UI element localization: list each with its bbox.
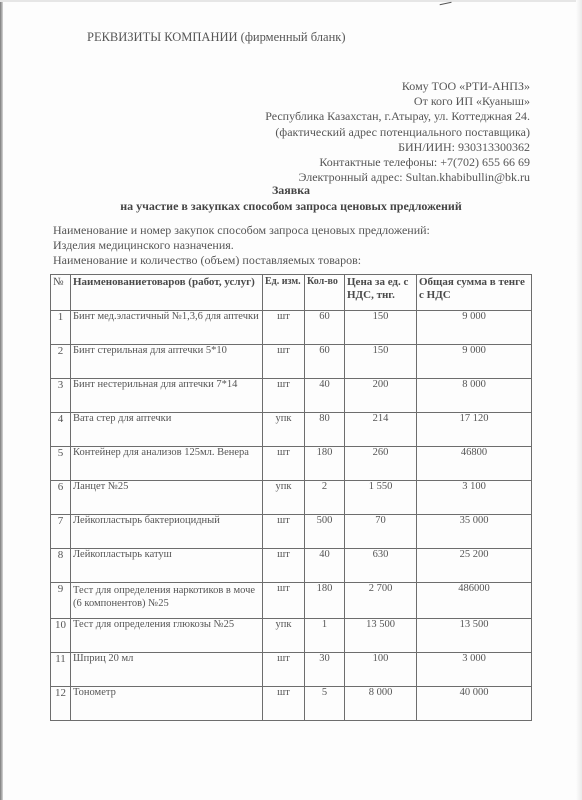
item-name: Шприц 20 мл <box>71 653 263 687</box>
header-name: Наименованиетоваров (работ, услуг) <box>71 275 263 311</box>
phone-line: Контактные телефоны: +7(702) 655 66 69 <box>265 155 530 170</box>
item-unit: упк <box>263 481 305 515</box>
item-price: 2 700 <box>345 583 417 619</box>
scan-left-edge <box>0 0 3 800</box>
item-total: 3 100 <box>417 481 532 515</box>
item-qty: 5 <box>305 687 345 721</box>
item-total: 8 000 <box>417 379 532 413</box>
header-unit: Ед. изм. <box>263 275 305 311</box>
header-price: Цена за ед. с НДС, тнг. <box>345 275 417 311</box>
item-name: Лейкопластырь бактериоцидный <box>71 515 263 549</box>
row-number: 4 <box>51 413 71 447</box>
item-price: 214 <box>345 413 417 447</box>
item-unit: шт <box>263 583 305 619</box>
row-number: 6 <box>51 481 71 515</box>
table-row: 3Бинт нестерильная для аптечки 7*14шт402… <box>51 379 532 413</box>
item-total: 9 000 <box>417 311 532 345</box>
item-qty: 500 <box>305 515 345 549</box>
pen-mark <box>440 2 453 9</box>
table-row: 7Лейкопластырь бактериоцидныйшт5007035 0… <box>51 515 532 549</box>
item-total: 3 000 <box>417 653 532 687</box>
scan-top-edge <box>0 0 582 2</box>
scan-right-edge <box>576 0 582 800</box>
table-row: 1Бинт мед.эластичный №1,3,6 для аптечкиш… <box>51 311 532 345</box>
item-unit: шт <box>263 447 305 481</box>
item-qty: 180 <box>305 447 345 481</box>
item-total: 9 000 <box>417 345 532 379</box>
table-row: 4Вата стер для аптечкиупк8021417 120 <box>51 413 532 447</box>
row-number: 10 <box>51 619 71 653</box>
item-price: 150 <box>345 311 417 345</box>
item-unit: шт <box>263 345 305 379</box>
item-name: Контейнер для анализов 125мл. Венера <box>71 447 263 481</box>
table-row: 8Лейкопластырь катушшт4063025 200 <box>51 549 532 583</box>
address-note-line: (фактический адрес потенциального постав… <box>265 125 530 140</box>
item-qty: 1 <box>305 619 345 653</box>
item-unit: шт <box>263 379 305 413</box>
item-name: Тест для определения наркотиков в моче (… <box>71 583 263 619</box>
item-price: 13 500 <box>345 619 417 653</box>
item-qty: 2 <box>305 481 345 515</box>
letterhead: РЕКВИЗИТЫ КОМПАНИИ (фирменный бланк) <box>87 30 346 45</box>
row-number: 9 <box>51 583 71 619</box>
item-qty: 60 <box>305 311 345 345</box>
table-row: 5Контейнер для анализов 125мл. Венерашт1… <box>51 447 532 481</box>
bin-line: БИН/ИИН: 930313300362 <box>265 140 530 155</box>
item-unit: шт <box>263 515 305 549</box>
item-price: 70 <box>345 515 417 549</box>
item-qty: 40 <box>305 549 345 583</box>
item-total: 17 120 <box>417 413 532 447</box>
address-line: Республика Казахстан, г.Атырау, ул. Котт… <box>265 109 530 124</box>
header-total: Общая сумма в тенге с НДС <box>417 275 532 311</box>
item-unit: шт <box>263 549 305 583</box>
intro-text: Наименование и номер закупок способом за… <box>53 223 430 268</box>
item-name: Тест для определения глюкозы №25 <box>71 619 263 653</box>
row-number: 2 <box>51 345 71 379</box>
item-name: Лейкопластырь катуш <box>71 549 263 583</box>
item-total: 486000 <box>417 583 532 619</box>
item-unit: упк <box>263 619 305 653</box>
table-row: 11Шприц 20 млшт301003 000 <box>51 653 532 687</box>
table-row: 2Бинт стерильная для аптечки 5*10шт60150… <box>51 345 532 379</box>
item-name: Вата стер для аптечки <box>71 413 263 447</box>
item-qty: 60 <box>305 345 345 379</box>
table-row: 10Тест для определения глюкозы №25упк113… <box>51 619 532 653</box>
item-price: 200 <box>345 379 417 413</box>
document-subtitle: на участие в закупках способом запроса ц… <box>0 199 582 214</box>
table-row: 6Ланцет №25упк21 5503 100 <box>51 481 532 515</box>
row-number: 12 <box>51 687 71 721</box>
row-number: 7 <box>51 515 71 549</box>
item-price: 630 <box>345 549 417 583</box>
row-number: 3 <box>51 379 71 413</box>
item-price: 100 <box>345 653 417 687</box>
header-qty: Кол-во <box>305 275 345 311</box>
table-row: 9Тест для определения наркотиков в моче … <box>51 583 532 619</box>
row-number: 1 <box>51 311 71 345</box>
item-qty: 40 <box>305 379 345 413</box>
row-number: 11 <box>51 653 71 687</box>
row-number: 8 <box>51 549 71 583</box>
header-number: № <box>51 275 71 311</box>
item-price: 8 000 <box>345 687 417 721</box>
document-title: Заявка <box>0 183 582 198</box>
intro-line-1: Наименование и номер закупок способом за… <box>53 223 430 238</box>
item-unit: шт <box>263 687 305 721</box>
item-name: Бинт нестерильная для аптечки 7*14 <box>71 379 263 413</box>
item-price: 150 <box>345 345 417 379</box>
table-header-row: № Наименованиетоваров (работ, услуг) Ед.… <box>51 275 532 311</box>
item-qty: 180 <box>305 583 345 619</box>
goods-table: № Наименованиетоваров (работ, услуг) Ед.… <box>50 274 532 721</box>
item-qty: 80 <box>305 413 345 447</box>
item-name: Тонометр <box>71 687 263 721</box>
table-row: 12Тонометршт58 00040 000 <box>51 687 532 721</box>
item-unit: шт <box>263 653 305 687</box>
item-total: 35 000 <box>417 515 532 549</box>
item-price: 1 550 <box>345 481 417 515</box>
item-name: Ланцет №25 <box>71 481 263 515</box>
intro-line-3: Наименование и количество (объем) постав… <box>53 253 430 268</box>
item-total: 46800 <box>417 447 532 481</box>
item-qty: 30 <box>305 653 345 687</box>
item-name: Бинт стерильная для аптечки 5*10 <box>71 345 263 379</box>
item-price: 260 <box>345 447 417 481</box>
row-number: 5 <box>51 447 71 481</box>
item-total: 13 500 <box>417 619 532 653</box>
item-unit: шт <box>263 311 305 345</box>
item-name: Бинт мед.эластичный №1,3,6 для аптечки <box>71 311 263 345</box>
item-unit: упк <box>263 413 305 447</box>
sender-line: От кого ИП «Куаныш» <box>265 94 530 109</box>
intro-line-2: Изделия медицинского назначения. <box>53 238 430 253</box>
item-total: 40 000 <box>417 687 532 721</box>
address-block: Кому ТОО «РТИ-АНПЗ» От кого ИП «Куаныш» … <box>265 79 530 185</box>
item-total: 25 200 <box>417 549 532 583</box>
addressee-line: Кому ТОО «РТИ-АНПЗ» <box>265 79 530 94</box>
